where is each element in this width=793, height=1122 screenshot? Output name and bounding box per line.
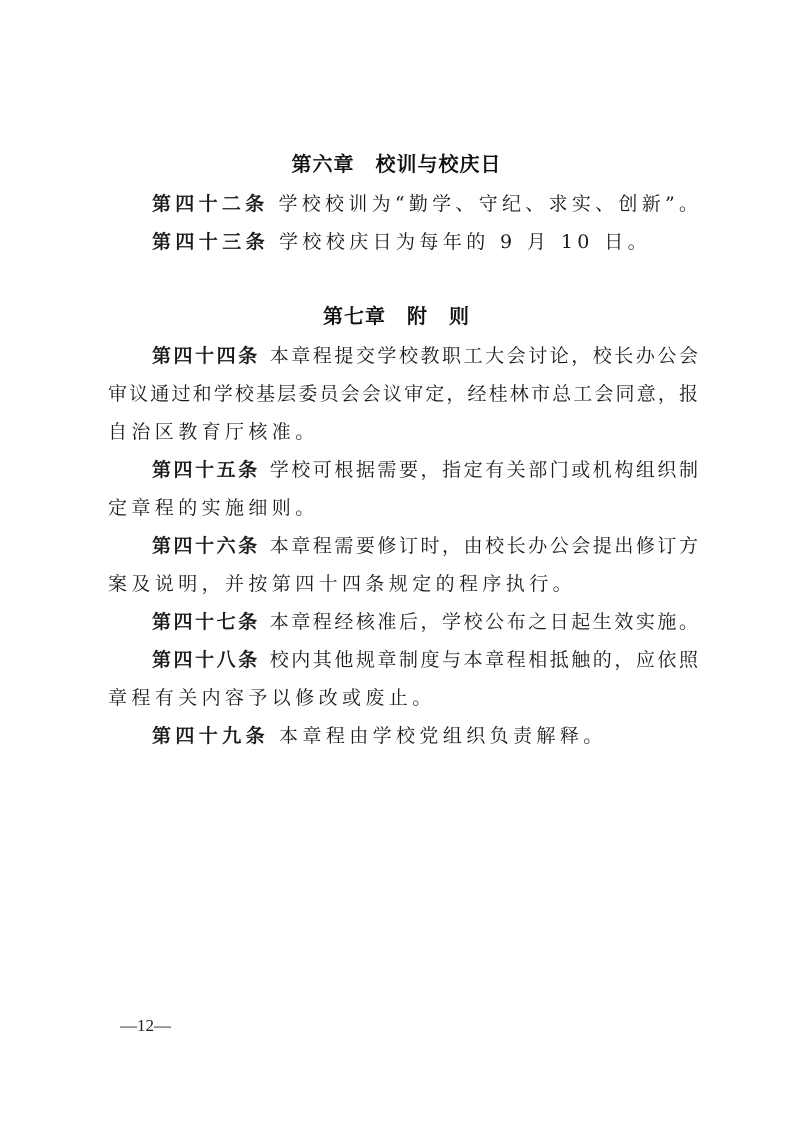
document-page: 第六章 校训与校庆日 第四十二条学校校训为“勤学、守纪、求实、创新”。 第四十三… — [0, 0, 793, 1122]
article-46: 第四十六条本章程需要修订时，由校长办公会提出修订方 — [152, 532, 698, 560]
article-48: 第四十八条校内其他规章制度与本章程相抵触的，应依照 — [152, 646, 698, 674]
article-text: 校内其他规章制度与本章程相抵触的，应依照 — [270, 649, 698, 671]
article-number: 第四十八条 — [152, 649, 260, 671]
article-number: 第四十六条 — [152, 535, 260, 557]
article-44: 第四十四条本章程提交学校教职工大会讨论，校长办公会 — [152, 342, 698, 370]
article-number: 第四十三条 — [152, 231, 269, 253]
article-text: 学校校训为“勤学、守纪、求实、创新”。 — [278, 193, 698, 215]
article-text: 学校校庆日为每年的 9 月 10 日。 — [279, 231, 651, 253]
chapter-title: 第七章 附 则 — [0, 302, 793, 330]
article-number: 第四十七条 — [152, 611, 260, 633]
article-text: 本章程经核准后，学校公布之日起生效实施。 — [270, 611, 698, 633]
article-number: 第四十九条 — [152, 725, 269, 747]
article-44-line-3: 自治区教育厅核准。 — [108, 418, 698, 446]
article-49: 第四十九条本章程由学校党组织负责解释。 — [152, 722, 698, 750]
article-text: 本章程由学校党组织负责解释。 — [279, 725, 607, 747]
article-47: 第四十七条本章程经核准后，学校公布之日起生效实施。 — [152, 608, 698, 636]
article-text: 本章程提交学校教职工大会讨论，校长办公会 — [270, 345, 698, 367]
article-42: 第四十二条学校校训为“勤学、守纪、求实、创新”。 — [152, 190, 698, 218]
page-number: —12— — [120, 1014, 171, 1038]
article-45: 第四十五条学校可根据需要，指定有关部门或机构组织制 — [152, 456, 698, 484]
article-46-line-2: 案及说明，并按第四十四条规定的程序执行。 — [108, 570, 698, 598]
article-number: 第四十二条 — [152, 193, 268, 215]
chapter-title: 第六章 校训与校庆日 — [0, 150, 793, 178]
article-number: 第四十四条 — [152, 345, 260, 367]
article-45-line-2: 定章程的实施细则。 — [108, 494, 698, 522]
article-text: 学校可根据需要，指定有关部门或机构组织制 — [270, 459, 698, 481]
article-44-line-2: 审议通过和学校基层委员会会议审定，经桂林市总工会同意，报 — [108, 380, 698, 408]
article-number: 第四十五条 — [152, 459, 260, 481]
article-text: 本章程需要修订时，由校长办公会提出修订方 — [270, 535, 698, 557]
article-48-line-2: 章程有关内容予以修改或废止。 — [108, 684, 698, 712]
article-43: 第四十三条学校校庆日为每年的 9 月 10 日。 — [152, 228, 698, 256]
